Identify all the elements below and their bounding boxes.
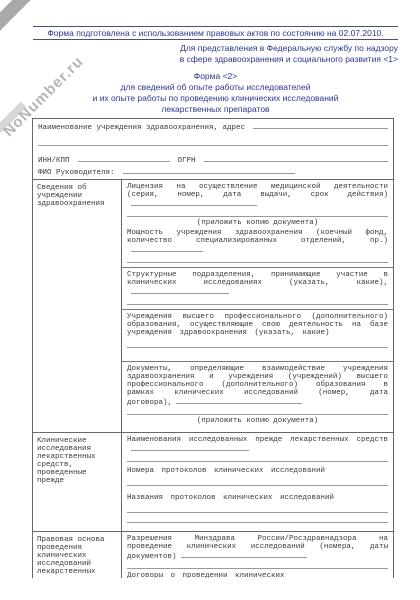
capacity-label: Мощность учреждения здравоохранения (кое… xyxy=(127,229,388,245)
blank-line xyxy=(127,340,388,348)
drug-names-label: Наименования исследованных прежде лекарс… xyxy=(127,436,388,444)
departments-paragraph: Структурные подразделения, принимающие у… xyxy=(127,271,388,297)
write-in-line xyxy=(253,122,388,129)
documents-subcell: Документы, определяющие взаимодействие у… xyxy=(122,362,393,432)
form-title-line-4: лекарственных препаратов xyxy=(33,104,398,115)
protocol-numbers-label: Номера протоколов клинических исследован… xyxy=(127,467,325,475)
ogrn-label: ОГРН xyxy=(178,157,196,165)
departments-label: Структурные подразделения, принимающие у… xyxy=(127,271,388,287)
form-title: Форма <2> для сведений об опыте работы и… xyxy=(33,71,398,115)
form-table: Наименование учреждения здравоохранения,… xyxy=(32,118,394,578)
fio-label: ФИО Руководителя: xyxy=(38,169,115,177)
write-in-line xyxy=(204,155,388,162)
table-row-institution: Наименование учреждения здравоохранения,… xyxy=(33,119,393,180)
attach-copy-caption: (приложить копию документа) xyxy=(127,417,388,425)
section-label-cell: Сведения об учреждении здравоохранения xyxy=(33,180,122,432)
blank-line xyxy=(127,209,388,217)
form-title-line-1: Форма <2> xyxy=(33,71,398,82)
recipient-block: Для представления в Федеральную службу п… xyxy=(180,43,398,65)
blank-line xyxy=(127,561,388,569)
table-row-institution-info: Сведения об учреждении здравоохранения Л… xyxy=(33,180,393,433)
write-in-line xyxy=(176,397,302,404)
blank-line xyxy=(127,515,388,523)
section-label: Сведения об учреждении здравоохранения xyxy=(37,184,105,208)
form-title-line-3: и их опыте работы по проведению клиничес… xyxy=(33,93,398,104)
inn-ogrn-line: ИНН/КПП ОГРН xyxy=(38,155,388,165)
blank-line xyxy=(127,255,388,263)
documents-paragraph: Документы, определяющие взаимодействие у… xyxy=(127,365,388,407)
page-content: Форма подготовлена с использованием прав… xyxy=(0,0,420,600)
document-page: NoNumber.ru Форма подготовлена с использ… xyxy=(0,0,420,600)
blank-line xyxy=(127,454,388,462)
protocol-numbers-subcell: Номера протоколов клинических исследован… xyxy=(122,466,393,493)
drug-names-paragraph: Наименования исследованных прежде лекарс… xyxy=(127,436,388,454)
blank-line xyxy=(127,297,388,305)
table-row-legal-basis: Правовая основа проведения клинических и… xyxy=(33,532,393,578)
write-in-line xyxy=(131,444,249,451)
institution-info-cell: Лицензия на осуществление медицинской де… xyxy=(122,180,393,432)
section-label: Правовая основа проведения клинических и… xyxy=(37,536,105,576)
write-in-line xyxy=(131,199,257,206)
institution-name-line: Наименование учреждения здравоохранения,… xyxy=(38,122,388,132)
write-in-line xyxy=(131,287,229,294)
previous-trials-cell: Наименования исследованных прежде лекарс… xyxy=(122,433,393,531)
blank-line xyxy=(127,505,388,513)
license-label: Лицензия на осуществление медицинской де… xyxy=(127,183,388,199)
inn-label: ИНН/КПП xyxy=(38,157,70,165)
permissions-subcell: Разрешения Минздрава России/Росздравнадз… xyxy=(122,532,393,578)
blank-line xyxy=(127,407,388,415)
legal-basis-cell: Разрешения Минздрава России/Росздравнадз… xyxy=(122,532,393,578)
education-institutions-paragraph: Учреждения высшего профессионального (до… xyxy=(127,313,388,337)
contracts-paragraph: Договоры о проведении клинических xyxy=(127,572,388,578)
fio-line: ФИО Руководителя: xyxy=(38,167,388,177)
education-institutions-subcell: Учреждения высшего профессионального (до… xyxy=(122,310,393,362)
section-label: Клинические исследования лекарственных с… xyxy=(37,437,96,485)
recipient-line-2: в сфере здравоохранения и социального ра… xyxy=(180,54,398,65)
protocol-titles-label: Названия протоколов клинических исследов… xyxy=(127,494,334,502)
blank-line xyxy=(38,138,388,146)
license-paragraph: Лицензия на осуществление медицинской де… xyxy=(127,183,388,209)
education-institutions-label: Учреждения высшего профессионального (до… xyxy=(127,313,388,337)
protocol-titles-subcell: Названия протоколов клинических исследов… xyxy=(122,493,393,531)
capacity-paragraph: Мощность учреждения здравоохранения (кое… xyxy=(127,229,388,255)
write-in-line xyxy=(131,245,203,252)
write-in-line xyxy=(78,155,170,162)
permissions-paragraph: Разрешения Минздрава России/Росздравнадз… xyxy=(127,535,388,561)
contracts-label: Договоры о проведении клинических xyxy=(127,572,285,578)
section-label-cell: Клинические исследования лекарственных с… xyxy=(33,433,122,531)
form-title-line-2: для сведений об опыте работы исследовате… xyxy=(33,82,398,93)
institution-name-label: Наименование учреждения здравоохранения,… xyxy=(38,124,245,132)
drug-names-subcell: Наименования исследованных прежде лекарс… xyxy=(122,433,393,466)
license-subcell: Лицензия на осуществление медицинской де… xyxy=(122,180,393,268)
table-row-previous-trials: Клинические исследования лекарственных с… xyxy=(33,433,393,532)
protocol-numbers-paragraph: Номера протоколов клинических исследован… xyxy=(127,467,388,475)
protocol-titles-paragraph: Названия протоколов клинических исследов… xyxy=(127,494,388,502)
departments-subcell: Структурные подразделения, принимающие у… xyxy=(122,268,393,310)
blank-line xyxy=(127,478,388,486)
section-label-cell: Правовая основа проведения клинических и… xyxy=(33,532,122,578)
prepared-notice-bar: Форма подготовлена с использованием прав… xyxy=(33,26,398,40)
write-in-line xyxy=(181,551,307,558)
attach-copy-caption: (приложить копию документа) xyxy=(127,219,388,227)
write-in-line xyxy=(123,167,295,174)
recipient-line-1: Для представления в Федеральную службу п… xyxy=(180,43,398,54)
